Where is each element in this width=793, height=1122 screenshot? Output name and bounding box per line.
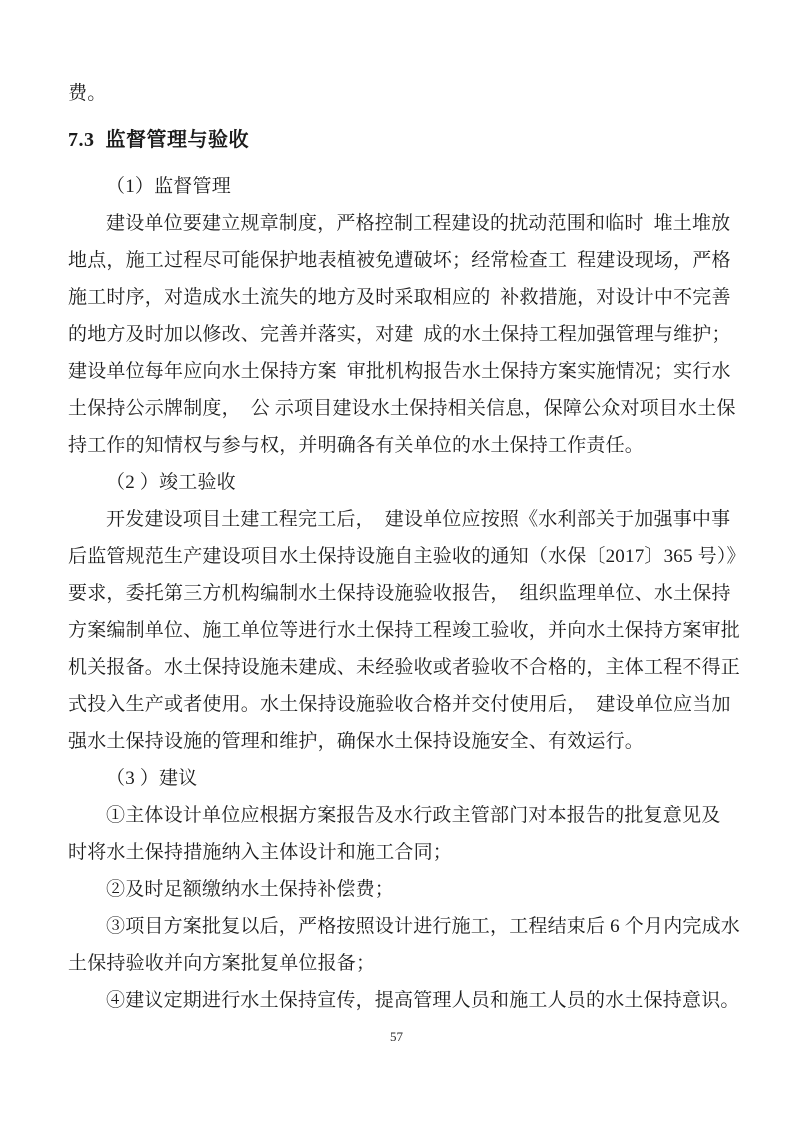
document-page: 费。7.3 监督管理与验收（1）监督管理建设单位要建立规章制度，严格控制工程建设… <box>0 0 793 1122</box>
text-line: 强水土保持设施的管理和维护，确保水土保持设施安全、有效运行。 <box>68 723 728 760</box>
paragraph: ②及时足额缴纳水土保持补偿费； <box>68 871 728 908</box>
subsection-heading-text: （1）监督管理 <box>68 168 728 205</box>
subsection-label: （3 ）建议 <box>68 760 728 797</box>
document-content: 费。7.3 监督管理与验收（1）监督管理建设单位要建立规章制度，严格控制工程建设… <box>68 75 728 1019</box>
text-line: 要求，委托第三方机构编制水土保持设施验收报告， 组织监理单位、水土保持 <box>68 575 728 612</box>
text-line: ④建议定期进行水土保持宣传，提高管理人员和施工人员的水土保持意识。 <box>68 982 728 1019</box>
paragraph: 开发建设项目土建工程完工后， 建设单位应按照《水利部关于加强事中事后监管规范生产… <box>68 501 728 760</box>
text-line: 式投入生产或者使用。水土保持设施验收合格并交付使用后， 建设单位应当加 <box>68 686 728 723</box>
text-line: ①主体设计单位应根据方案报告及水行政主管部门对本报告的批复意见及 <box>68 797 728 834</box>
subsection-heading-text: （3 ）建议 <box>68 760 728 797</box>
text-line: ③项目方案批复以后，严格按照设计进行施工，工程结束后 6 个月内完成水 <box>68 908 728 945</box>
section-heading: 7.3 监督管理与验收 <box>68 121 728 159</box>
text-line: 方案编制单位、施工单位等进行水土保持工程竣工验收，并向水土保持方案审批 <box>68 612 728 649</box>
text-line: 地点，施工过程尽可能保护地表植被免遭破坏；经常检查工 程建设现场，严格 <box>68 242 728 279</box>
text-line: ②及时足额缴纳水土保持补偿费； <box>68 871 728 908</box>
text-line: 土保持验收并向方案批复单位报备； <box>68 945 728 982</box>
text-line: 开发建设项目土建工程完工后， 建设单位应按照《水利部关于加强事中事 <box>68 501 728 538</box>
text-line: 持工作的知情权与参与权，并明确各有关单位的水土保持工作责任。 <box>68 427 728 464</box>
subsection-heading-text: （2 ）竣工验收 <box>68 464 728 501</box>
paragraph: ①主体设计单位应根据方案报告及水行政主管部门对本报告的批复意见及时将水土保持措施… <box>68 797 728 871</box>
text-line: 的地方及时加以修改、完善并落实，对建 成的水土保持工程加强管理与维护； <box>68 316 728 353</box>
page-footer: 57 <box>0 1028 793 1046</box>
text-line: 费。 <box>68 75 728 112</box>
section-heading-text: 7.3 监督管理与验收 <box>68 121 728 159</box>
paragraph: ④建议定期进行水土保持宣传，提高管理人员和施工人员的水土保持意识。 <box>68 982 728 1019</box>
subsection-label: （2 ）竣工验收 <box>68 464 728 501</box>
subsection-label: （1）监督管理 <box>68 168 728 205</box>
text-line: 机关报备。水土保持设施未建成、未经验收或者验收不合格的，主体工程不得正 <box>68 649 728 686</box>
paragraph: ③项目方案批复以后，严格按照设计进行施工，工程结束后 6 个月内完成水土保持验收… <box>68 908 728 982</box>
text-line: 土保持公示牌制度， 公 示项目建设水土保持相关信息，保障公众对项目水土保 <box>68 390 728 427</box>
text-line: 建设单位要建立规章制度，严格控制工程建设的扰动范围和临时 堆土堆放 <box>68 205 728 242</box>
paragraph: 建设单位要建立规章制度，严格控制工程建设的扰动范围和临时 堆土堆放地点，施工过程… <box>68 205 728 464</box>
text-line: 施工时序，对造成水土流失的地方及时采取相应的 补救措施，对设计中不完善 <box>68 279 728 316</box>
page-number: 57 <box>390 1029 403 1044</box>
text-line: 时将水土保持措施纳入主体设计和施工合同； <box>68 834 728 871</box>
text-line: 后监管规范生产建设项目水土保持设施自主验收的通知（水保〔2017〕365 号）》 <box>68 538 728 575</box>
text-line: 建设单位每年应向水土保持方案 审批机构报告水土保持方案实施情况；实行水 <box>68 353 728 390</box>
paragraph-continuation: 费。 <box>68 75 728 112</box>
